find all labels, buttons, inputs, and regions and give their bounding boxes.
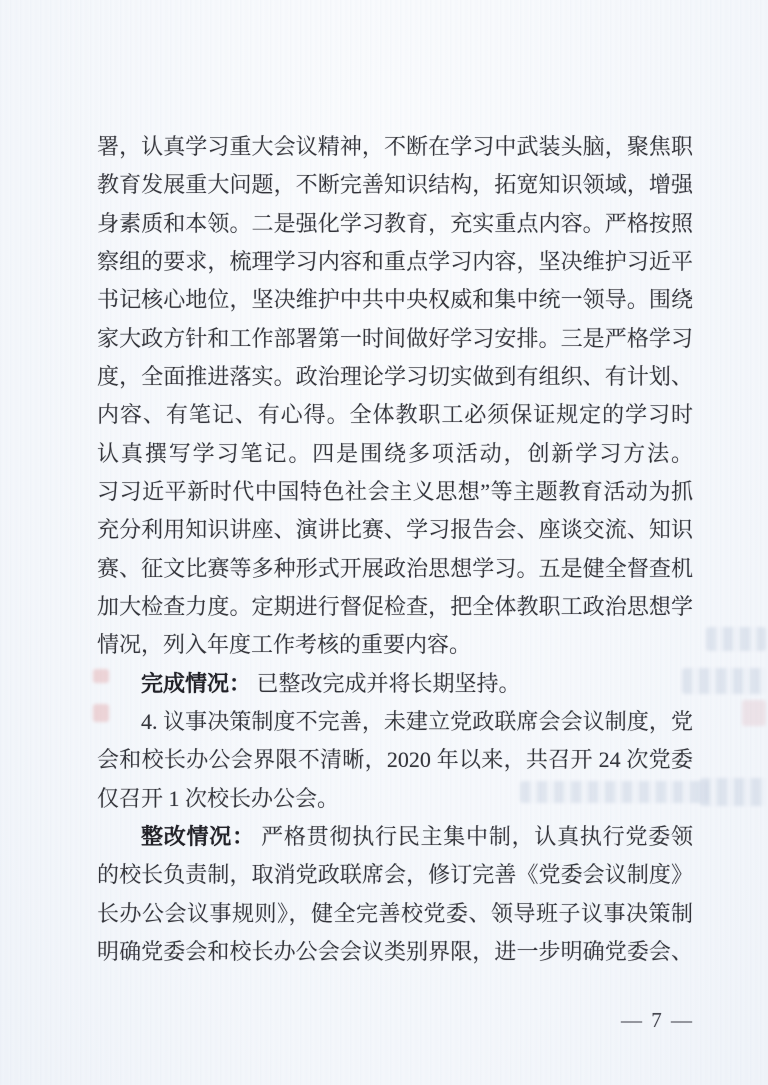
text-line: 的校长负责制，取消党政联席会，修订完善《党委会议制度》《校: [97, 856, 693, 894]
text-line: 完成情况： 已整改完成并将长期坚持。: [97, 665, 693, 703]
text-line: 明确党委会和校长办公会会议类别界限，进一步明确党委会、校: [97, 933, 693, 971]
text-line: 书记核心地位，坚决维护中共中央权威和集中统一领导。围绕国: [97, 281, 693, 319]
line-text: 长办公会议事规则》，健全完善校党委、领导班子议事决策制度，: [97, 901, 693, 933]
text-line: 署，认真学习重大会议精神，不断在学习中武装头脑，聚焦职业: [97, 128, 693, 166]
text-line: 4. 议事决策制度不完善，未建立党政联席会会议制度，党委: [97, 703, 693, 741]
text-line: 家大政方针和工作部署第一时间做好学习安排。三是严格学习制: [97, 320, 693, 358]
bleed-through-mark: [700, 778, 766, 806]
line-text: 已整改完成并将长期坚持。: [251, 671, 521, 696]
line-text: 明确党委会和校长办公会会议类别界限，进一步明确党委会、校: [97, 939, 693, 971]
text-line: 内容、有笔记、有心得。全体教职工必须保证规定的学习时间，: [97, 396, 693, 434]
text-line: 情况，列入年度工作考核的重要内容。: [97, 626, 693, 664]
text-line: 充分利用知识讲座、演讲比赛、学习报告会、座谈交流、知识竞: [97, 511, 693, 549]
line-text: 署，认真学习重大会议精神，不断在学习中武装头脑，聚焦职业: [97, 134, 693, 166]
text-line: 会和校长办公会界限不清晰，2020 年以来，共召开 24 次党委会，: [97, 741, 693, 779]
text-line: 长办公会议事规则》，健全完善校党委、领导班子议事决策制度，: [97, 895, 693, 933]
bleed-through-mark: [742, 700, 766, 726]
text-line: 身素质和本领。二是强化学习教育，充实重点内容。严格按照巡: [97, 205, 693, 243]
text-line: 加大检查力度。定期进行督促检查，把全体教职工政治思想学习: [97, 588, 693, 626]
scanned-document-page: { "page": { "background": "#f7f9fc", "in…: [0, 0, 768, 1085]
line-text: 充分利用知识讲座、演讲比赛、学习报告会、座谈交流、知识竞: [97, 517, 693, 549]
bleed-through-mark: [682, 668, 766, 694]
line-text: 的校长负责制，取消党政联席会，修订完善《党委会议制度》《校: [97, 862, 693, 894]
line-text: 内容、有笔记、有心得。全体教职工必须保证规定的学习时间，: [97, 402, 693, 434]
page-number: — 7 —: [621, 1008, 694, 1033]
text-line: 赛、征文比赛等多种形式开展政治思想学习。五是健全督查机制，: [97, 550, 693, 588]
line-text: 认真撰写学习笔记。四是围绕多项活动，创新学习方法。以“学: [97, 441, 693, 473]
text-line: 整改情况： 严格贯彻执行民主集中制，认真执行党委领导下: [97, 818, 693, 856]
line-text: 会和校长办公会界限不清晰，2020 年以来，共召开 24 次党委会，: [97, 747, 693, 779]
bleed-through-mark: [706, 627, 766, 651]
line-text: 家大政方针和工作部署第一时间做好学习安排。三是严格学习制: [97, 326, 693, 358]
line-text: 身素质和本领。二是强化学习教育，充实重点内容。严格按照巡: [97, 211, 693, 243]
line-text: 仅召开 1 次校长办公会。: [97, 786, 339, 811]
line-text: 情况，列入年度工作考核的重要内容。: [97, 632, 471, 657]
section-label: 整改情况：: [141, 824, 255, 849]
text-line: 察组的要求，梳理学习内容和重点学习内容，坚决维护习近平总: [97, 243, 693, 281]
line-text: 度，全面推进落实。政治理论学习切实做到有组织、有计划、有: [97, 364, 693, 396]
line-text: 习习近平新时代中国特色社会主义思想”等主题教育活动为抓手，: [97, 479, 693, 511]
line-text: 书记核心地位，坚决维护中共中央权威和集中统一领导。围绕国: [97, 287, 693, 319]
line-text: 4. 议事决策制度不完善，未建立党政联席会会议制度，党委: [141, 709, 693, 741]
text-line: 认真撰写学习笔记。四是围绕多项活动，创新学习方法。以“学: [97, 435, 693, 473]
section-label: 完成情况：: [141, 671, 251, 696]
text-line: 度，全面推进落实。政治理论学习切实做到有组织、有计划、有: [97, 358, 693, 396]
text-line: 仅召开 1 次校长办公会。: [97, 780, 693, 818]
line-text: 教育发展重大问题，不断完善知识结构，拓宽知识领域，增强自: [97, 172, 693, 204]
text-line: 教育发展重大问题，不断完善知识结构，拓宽知识领域，增强自: [97, 166, 693, 204]
line-text: 赛、征文比赛等多种形式开展政治思想学习。五是健全督查机制，: [97, 556, 693, 588]
line-text: 察组的要求，梳理学习内容和重点学习内容，坚决维护习近平总: [97, 249, 693, 281]
document-body: 署，认真学习重大会议精神，不断在学习中武装头脑，聚焦职业教育发展重大问题，不断完…: [97, 128, 693, 971]
line-text: 加大检查力度。定期进行督促检查，把全体教职工政治思想学习: [97, 594, 693, 626]
text-line: 习习近平新时代中国特色社会主义思想”等主题教育活动为抓手，: [97, 473, 693, 511]
